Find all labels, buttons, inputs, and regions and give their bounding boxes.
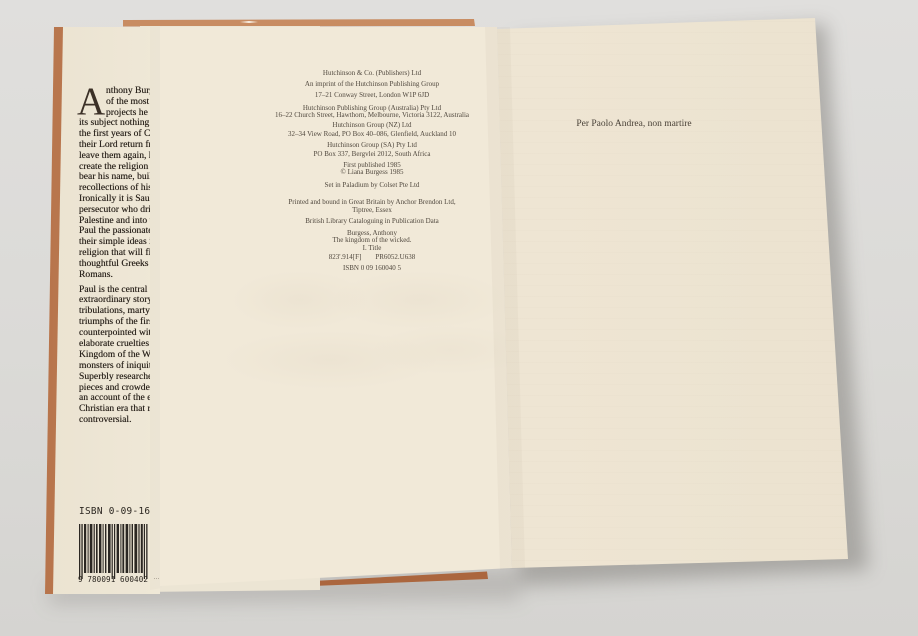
flap-isbn-label: ISBN 0-09-16 xyxy=(79,506,150,517)
barcode-bar xyxy=(126,524,129,573)
nz-address: 32–34 View Road, PO Box 40–086, Glenfiel… xyxy=(238,130,506,139)
copyright-text-block: Hutchinson & Co. (Publishers) Ltd An imp… xyxy=(238,0,506,300)
barcode-bar xyxy=(141,524,143,573)
australia-address: 16–22 Church Street, Hawthorn, Melbourne… xyxy=(238,111,506,120)
barcode-bar xyxy=(144,524,145,579)
barcode-bar xyxy=(94,524,95,573)
barcode-number: 9 780091 600402 xyxy=(78,575,148,584)
cip-heading: British Library Cataloguing in Publicati… xyxy=(238,217,506,226)
barcode-bar xyxy=(120,524,121,573)
flap-line: thoughtful Greeks a xyxy=(79,259,150,270)
flap-paragraph-1: nthony Burge of the most ar projects he … xyxy=(79,86,150,280)
open-book-photo: A nthony Burge of the most ar projects h… xyxy=(0,0,918,636)
flap-line: Superbly researched xyxy=(79,372,150,383)
flap-paragraph-2: Paul is the central fig extraordinary st… xyxy=(79,285,150,427)
flap-line: leave them again, his xyxy=(79,151,150,162)
barcode-bar xyxy=(103,524,104,573)
barcode xyxy=(79,524,149,580)
barcode-bar xyxy=(108,524,111,573)
cip-classification: 823'.914[F]PR6052.U638 xyxy=(238,253,506,262)
flap-line: of the most ar xyxy=(79,97,150,108)
barcode-bar xyxy=(88,524,89,573)
barcode-bar xyxy=(112,524,113,579)
barcode-bar xyxy=(79,524,80,579)
barcode-bar xyxy=(122,524,124,573)
dedication-text: Per Paolo Andrea, non martire xyxy=(534,119,734,130)
lc-number: PR6052.U638 xyxy=(375,253,415,261)
barcode-bar xyxy=(81,524,82,579)
printer-location: Tiptree, Essex xyxy=(238,206,506,215)
sa-address: PO Box 337, Bergvlei 2012, South Africa xyxy=(238,150,506,159)
barcode-bar xyxy=(129,524,130,573)
typesetting-credit: Set in Paladium by Colset Pte Ltd xyxy=(238,181,506,190)
flap-content: A nthony Burge of the most ar projects h… xyxy=(0,0,150,636)
barcode-bar xyxy=(96,524,98,573)
flap-line: controversial. xyxy=(79,415,150,426)
imprint-line: An imprint of the Hutchinson Publishing … xyxy=(238,80,506,89)
barcode-bar xyxy=(90,524,93,573)
flap-line: monsters of iniquity xyxy=(79,361,150,372)
london-address: 17–21 Conway Street, London W1P 6JD xyxy=(238,91,506,100)
barcode-bar xyxy=(134,524,137,573)
isbn-line: ISBN 0 09 160040 5 xyxy=(238,264,506,273)
flap-line: Romans. xyxy=(79,270,150,281)
barcode-bar xyxy=(99,524,101,573)
copyright-notice: © Liana Burgess 1985 xyxy=(238,168,506,177)
flap-line: persecutor who drive xyxy=(79,205,150,216)
dewey-number: 823'.914[F] xyxy=(329,253,362,261)
barcode-bar xyxy=(84,524,86,573)
barcode-bar xyxy=(132,524,133,573)
publisher-name: Hutchinson & Co. (Publishers) Ltd xyxy=(238,69,506,78)
barcode-bar xyxy=(146,524,147,579)
barcode-bar xyxy=(114,524,115,579)
barcode-bar xyxy=(105,524,106,573)
barcode-bar xyxy=(138,524,139,573)
nz-publisher: Hutchinson Group (NZ) Ltd xyxy=(238,121,506,130)
barcode-bar xyxy=(117,524,119,573)
